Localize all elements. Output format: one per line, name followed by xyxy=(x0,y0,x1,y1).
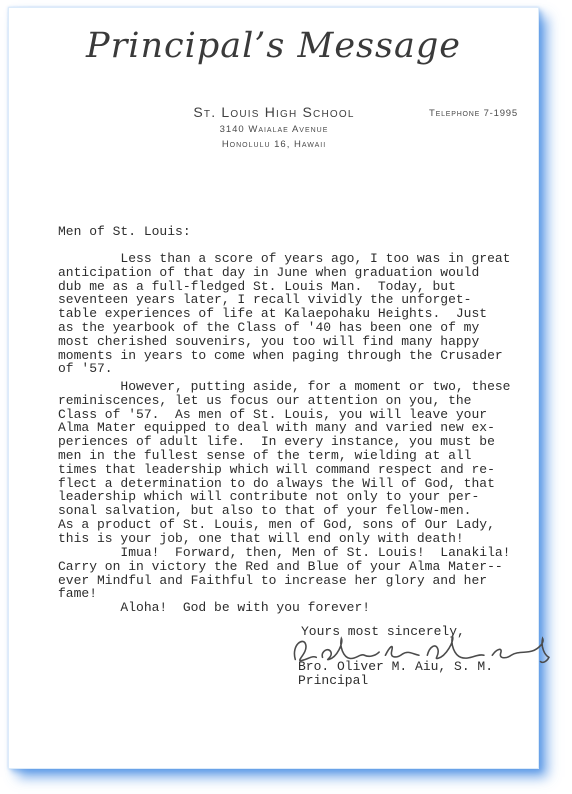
school-address-city: Honolulu 16, Hawaii xyxy=(9,139,539,150)
signatory-title: Principal xyxy=(298,674,368,688)
letter-paragraph-2: However, putting aside, for a moment or … xyxy=(58,380,510,546)
page-title: Principal’s Message xyxy=(9,26,538,66)
signatory-name: Bro. Oliver M. Aiu, S. M. xyxy=(298,660,493,674)
letter-paragraph-4: Aloha! God be with you forever! xyxy=(58,601,370,615)
letter-paragraph-1: Less than a score of years ago, I too wa… xyxy=(58,252,510,376)
letter-paragraph-3: Imua! Forward, then, Men of St. Louis! L… xyxy=(58,546,510,601)
school-address-street: 3140 Waialae Avenue xyxy=(9,124,539,135)
letter-salutation: Men of St. Louis: xyxy=(58,225,191,239)
scanned-letter-page: Principal’s Message St. Louis High Schoo… xyxy=(0,0,572,794)
letterhead-telephone: Telephone 7-1995 xyxy=(429,108,518,119)
letter-paper: Principal’s Message St. Louis High Schoo… xyxy=(8,7,539,769)
